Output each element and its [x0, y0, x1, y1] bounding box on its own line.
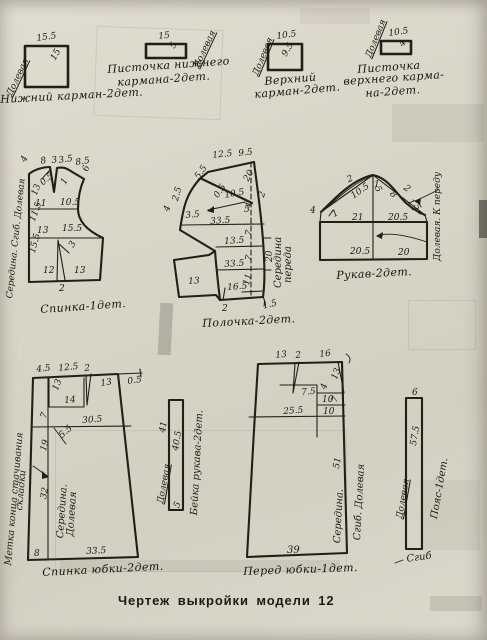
front-dim-hip: 33.5 [224, 260, 245, 270]
sleeve-band-outline [169, 400, 183, 510]
front-outline-right [208, 162, 264, 300]
front-dim-hem-dart: 2 [222, 305, 228, 314]
skirtfront-dim-top2: 2 [295, 351, 302, 361]
sleeve-arrowhead-lower [376, 232, 383, 239]
skirtfront-dim-pocket: 7.5 [301, 388, 316, 398]
belt-dim-width: 6 [412, 389, 418, 398]
skirtback-dim-top3: 2 [84, 364, 91, 374]
back-dim-dart-left: 3 [51, 156, 58, 166]
piece-skirt-back: 4.5 12.5 2 13 0.5 13 14 7 30.5 19 5.5 32… [20, 360, 160, 585]
piece-upper-pocket: 10.5 9.5 Долевая Верхний карман-2дет. [240, 14, 335, 114]
sleeve-band-drawing [150, 388, 215, 528]
piece-skirt-front: 13 2 16 13 7.5 4 10 7 25.5 10 51 Середин… [243, 348, 373, 588]
sleeve-dim-hem-left: 20.5 [350, 248, 370, 257]
sleeve-grainline-label: Долевая. К переду [434, 172, 443, 261]
skirtback-dim-pocket-width: 14 [64, 396, 76, 406]
skirt-front-dart [293, 362, 299, 393]
belt-fold-dash [395, 560, 403, 563]
front-dim-left-edge: 4 [163, 205, 173, 213]
front-dim-chest: 33.5 [210, 217, 231, 227]
belt-outline [406, 398, 422, 549]
back-dim-chest-right: 10.5 [60, 199, 80, 208]
piece-bodice-front: 12.5 9.5 5.5 20 2 0.5 10.5 5 2.5 4 3.5 3… [172, 148, 317, 338]
front-center-label-line2: переда [284, 246, 294, 283]
sleeve-dim-left-corner: 4 [310, 207, 316, 216]
skirtfront-dim-hip: 25.5 [283, 407, 304, 417]
sheet-title: Чертеж выкройки модели 12 [118, 594, 335, 607]
front-dim-top-right: 9.5 [238, 149, 253, 159]
piece-lower-welt: 15 5 Долевая Писточка нижнего кармана-2д… [95, 14, 240, 99]
skirtback-dim-hem-left: 8 [34, 550, 40, 559]
bodice-back-waist-dart [57, 240, 69, 281]
piece-bodice-back: 8 3 3.5 8.5 4 0.5 1 6 13 11 10.5 11.5 13… [18, 148, 138, 328]
sleeve-dim-hem-right: 20 [398, 249, 409, 258]
back-dim-hem-left: 12 [43, 267, 54, 276]
back-dim-waist-right: 15.5 [62, 225, 82, 234]
skirtback-dim-hem: 33.5 [86, 547, 106, 557]
skirtback-dim-hip: 30.5 [82, 416, 103, 426]
skirtback-dim-top4: 13 [100, 378, 113, 389]
sleeve-dim-bicep-left: 21 [352, 214, 363, 223]
piece-sleeve: 2 1 5 10.5 8 2 1 5 4 1 21 20.5 20.5 20 Д… [308, 148, 463, 293]
skirt-front-drawing [243, 348, 373, 588]
skirt-front-corner-arc [346, 354, 350, 363]
skirt-back-outline [28, 374, 138, 560]
front-dim-side-panel: 13 [188, 277, 200, 287]
sleeve-dim-bicep-right: 20.5 [388, 214, 408, 223]
front-dim-chest-left: 3.5 [185, 211, 200, 221]
scan-artifact [392, 104, 484, 142]
scan-artifact [408, 300, 476, 350]
scan-artifact [479, 200, 487, 238]
back-dim-hem-right: 13 [74, 267, 85, 276]
lower-welt-width-label: 15 [158, 32, 170, 42]
scan-artifact [158, 303, 174, 356]
skirtfront-dim-hem: 39 [287, 546, 300, 556]
skirtfront-dim-top3: 16 [319, 350, 331, 360]
pattern-sheet: 15.5 15 Долевая Нижний карман-2дет. 15 5… [0, 0, 487, 640]
lower-welt-outline [146, 44, 186, 58]
scan-artifact [430, 596, 482, 611]
front-dim-waist: 13.5 [224, 237, 245, 247]
piece-belt: 6 57.5 Долевая Пояс-1дет. Сгиб [393, 383, 458, 583]
skirtfront-dim-top1: 13 [275, 351, 287, 361]
skirtback-dim-top1: 4.5 [36, 365, 51, 375]
back-dim-neck-width: 8 [40, 157, 47, 167]
skirtfront-dim-lower10: 10 [323, 408, 334, 417]
piece-sleeve-band: 40.5 5 41 Долевая Бейка рукава-2дет. [150, 388, 215, 528]
back-dim-dart-width: 2 [59, 285, 65, 294]
piece-upper-welt: 10.5 4 Долевая Писточка верхнего карма- … [335, 4, 485, 104]
